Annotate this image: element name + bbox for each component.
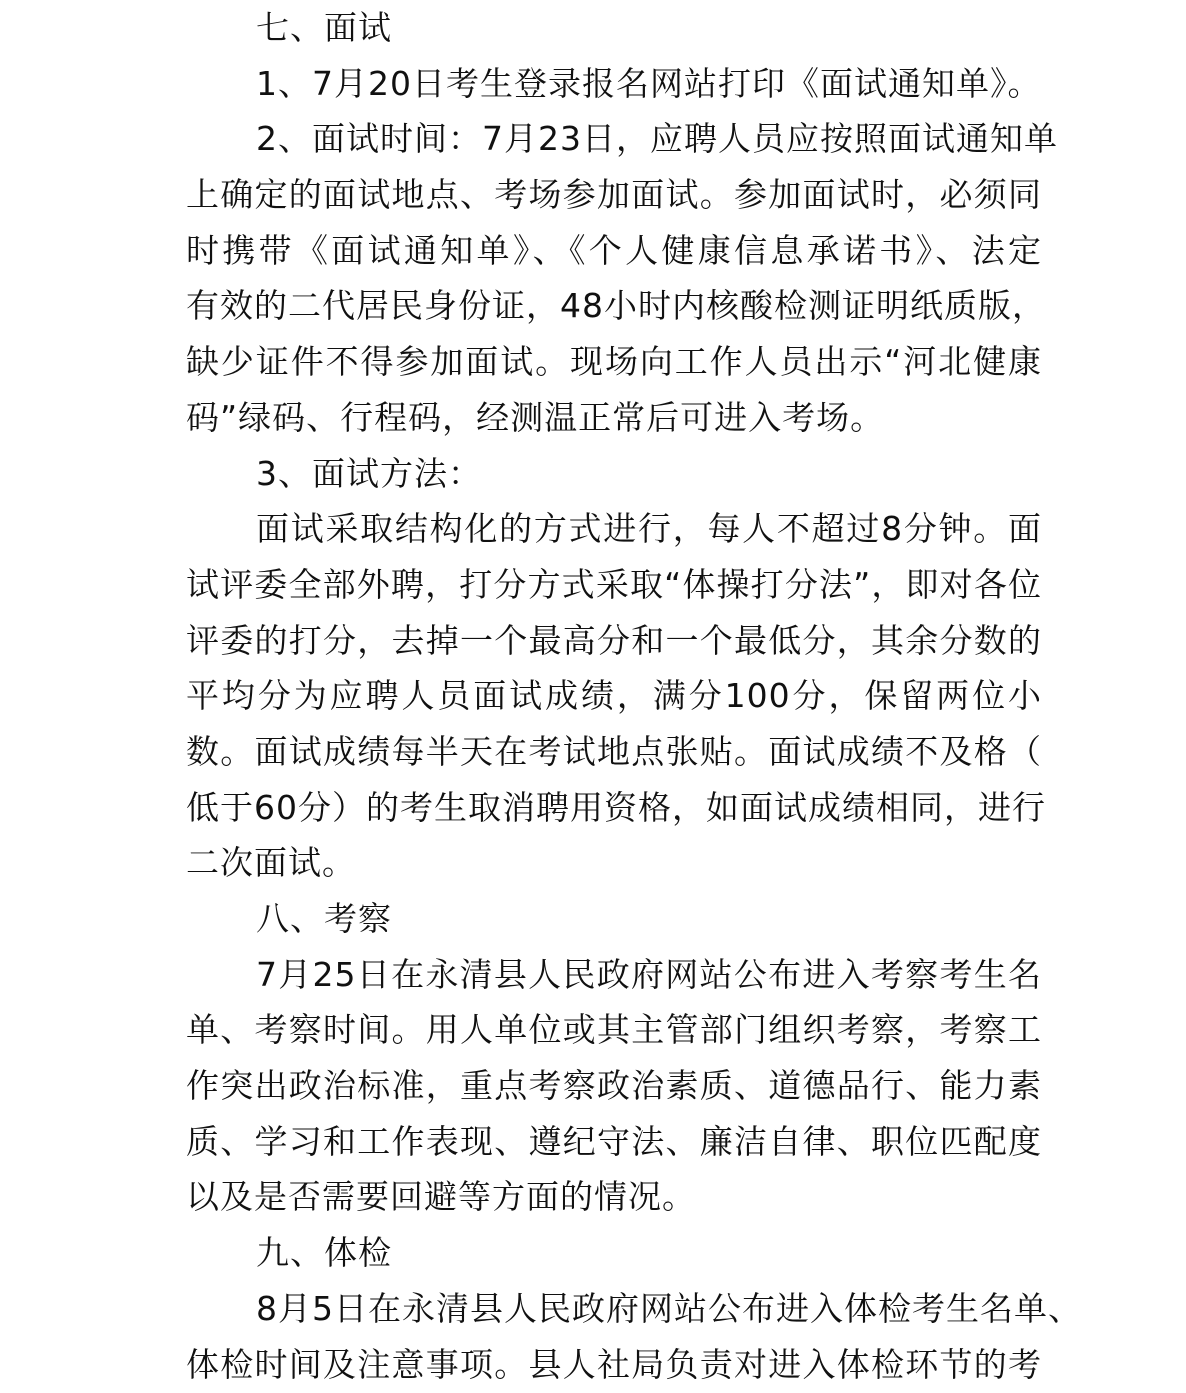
paragraph-line: 1、7月20日考生登录报名网站打印《面试通知单》。 xyxy=(186,56,1042,112)
paragraph-line: 上确定的面试地点、考场参加面试。参加面试时，必须同 xyxy=(186,167,1042,223)
document-page: 七、面试 1、7月20日考生登录报名网站打印《面试通知单》。 2、面试时间：7月… xyxy=(186,0,1042,1392)
paragraph-line: 时携带《面试通知单》、《个人健康信息承诺书》、法定 xyxy=(186,223,1042,279)
paragraph-line: 平均分为应聘人员面试成绩，满分100分，保留两位小 xyxy=(186,668,1042,724)
paragraph-line: 8月5日在永清县人民政府网站公布进入体检考生名单、 xyxy=(186,1281,1042,1337)
paragraph-line: 试评委全部外聘，打分方式采取“体操打分法”，即对各位 xyxy=(186,557,1042,613)
paragraph-line: 作突出政治标准，重点考察政治素质、道德品行、能力素 xyxy=(186,1058,1042,1114)
paragraph-line: 数。面试成绩每半天在考试地点张贴。面试成绩不及格（ xyxy=(186,724,1042,780)
section-heading-physical-exam: 九、体检 xyxy=(186,1225,1042,1281)
paragraph-line: 低于60分）的考生取消聘用资格，如面试成绩相同，进行 xyxy=(186,780,1042,836)
paragraph-line: 码”绿码、行程码，经测温正常后可进入考场。 xyxy=(186,390,1042,446)
paragraph-line: 单、考察时间。用人单位或其主管部门组织考察，考察工 xyxy=(186,1002,1042,1058)
paragraph-line: 面试采取结构化的方式进行，每人不超过8分钟。面 xyxy=(186,501,1042,557)
subheading-interview-method: 3、面试方法： xyxy=(186,446,1042,502)
paragraph-line: 有效的二代居民身份证，48小时内核酸检测证明纸质版， xyxy=(186,278,1042,334)
paragraph-line: 7月25日在永清县人民政府网站公布进入考察考生名 xyxy=(186,947,1042,1003)
paragraph-line: 质、学习和工作表现、遵纪守法、廉洁自律、职位匹配度 xyxy=(186,1114,1042,1170)
paragraph-line: 缺少证件不得参加面试。现场向工作人员出示“河北健康 xyxy=(186,334,1042,390)
section-heading-inspection: 八、考察 xyxy=(186,891,1042,947)
section-heading-interview: 七、面试 xyxy=(186,0,1042,56)
paragraph-line: 评委的打分，去掉一个最高分和一个最低分，其余分数的 xyxy=(186,613,1042,669)
paragraph-line: 体检时间及注意事项。县人社局负责对进入体检环节的考 xyxy=(186,1337,1042,1393)
paragraph-line: 2、面试时间：7月23日，应聘人员应按照面试通知单 xyxy=(186,111,1042,167)
paragraph-line: 以及是否需要回避等方面的情况。 xyxy=(186,1169,1042,1225)
paragraph-line: 二次面试。 xyxy=(186,835,1042,891)
